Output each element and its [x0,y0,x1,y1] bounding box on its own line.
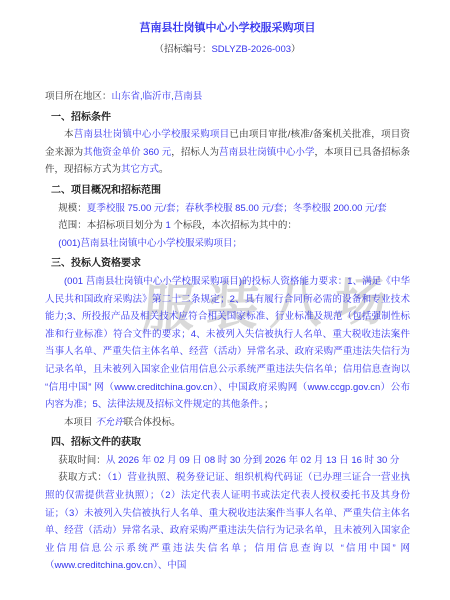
tender-reference-line: （招标编号：SDLYZB-2026-003） [45,43,410,57]
section-heading: 四、招标文件的获取 [45,434,410,452]
text-segment: 规模： [58,203,87,214]
text-segment: 本项目 [64,417,95,428]
paragraph: 获取方式：（1）营业执照、税务登记证、组织机构代码证（已办理三证合一营业执照的仅… [45,469,410,575]
tender-reference-code: SDLYZB-2026-003 [211,44,291,55]
text-segment: 本 [64,129,74,140]
paragraph: (001 莒南县壮岗镇中心小学校服采购项目)的投标人资格能力要求：1、满足《中华… [45,273,410,414]
text-segment: 莒南县壮岗镇中心小学 [219,147,315,158]
text-segment: 不允许 [95,417,124,428]
document-sections: 一、招标条件本莒南县壮岗镇中心小学校服采购项目已由项目审批/核准/备案机关批准，… [45,109,410,575]
section-heading: 一、招标条件 [45,109,410,127]
project-location-line: 项目所在地区：山东省,临沂市,莒南县 [45,88,410,106]
text-segment: 莒南县壮岗镇中心小学校服采购项目 [74,129,230,140]
paragraph: 范围：本招标项目划分为 1 个标段，本次招标为其中的： [45,217,410,235]
text-segment: 获取时间： [58,455,106,466]
text-segment: (001)莒南县壮岗镇中心小学校服采购项目； [58,238,242,249]
text-segment: ； [264,399,274,410]
project-location-label: 项目所在地区： [45,91,112,102]
page-title: 莒南县壮岗镇中心小学校服采购项目 [45,0,410,36]
paragraph: 本莒南县壮岗镇中心小学校服采购项目已由项目审批/核准/备案机关批准，项目资金来源… [45,126,410,179]
text-segment: 范围：本招标项目划分为 [58,220,165,231]
text-segment: 联合体投标。 [124,417,181,428]
paragraph: 本项目 不允许联合体投标。 [45,414,410,432]
document-content: 莒南县壮岗镇中心小学校服采购项目 （招标编号：SDLYZB-2026-003） … [0,0,450,575]
document-page: 服装八场 莒南县壮岗镇中心小学校服采购项目 （招标编号：SDLYZB-2026-… [0,0,450,600]
text-segment: 获取方式： [58,472,107,483]
paragraph: 获取时间：从 2026 年 02 月 09 日 08 时 30 分到 2026 … [45,452,410,470]
text-segment: （1）营业执照、税务登记证、组织机构代码证（已办理三证合一营业执照的仅需提供营业… [45,472,410,571]
text-segment: 个标段，本次招标为其中的： [171,220,297,231]
text-segment: 其它方式 [121,164,159,175]
project-location-value: 山东省,临沂市,莒南县 [112,91,203,102]
section-heading: 二、项目概况和招标范围 [45,182,410,200]
text-segment: (001 莒南县壮岗镇中心小学校服采购项目)的投标人资格能力要求：1、满足《中华… [45,276,410,410]
section-heading: 三、投标人资格要求 [45,255,410,273]
text-segment: 其他资金单价 360 元 [83,147,171,158]
text-segment: 夏季校服 75.00 元/套；春秋季校服 85.00 元/套；冬季校服 200.… [87,203,387,214]
text-segment: 。 [159,164,169,175]
paragraph: (001)莒南县壮岗镇中心小学校服采购项目； [45,235,410,253]
text-segment: ，招标人为 [171,147,219,158]
text-segment: 从 2026 年 02 月 09 日 08 时 30 分到 2026 年 02 … [106,455,400,466]
paragraph: 规模：夏季校服 75.00 元/套；春秋季校服 85.00 元/套；冬季校服 2… [45,200,410,218]
tender-reference-prefix: （招标编号： [154,44,211,55]
tender-reference-suffix: ） [291,44,301,55]
